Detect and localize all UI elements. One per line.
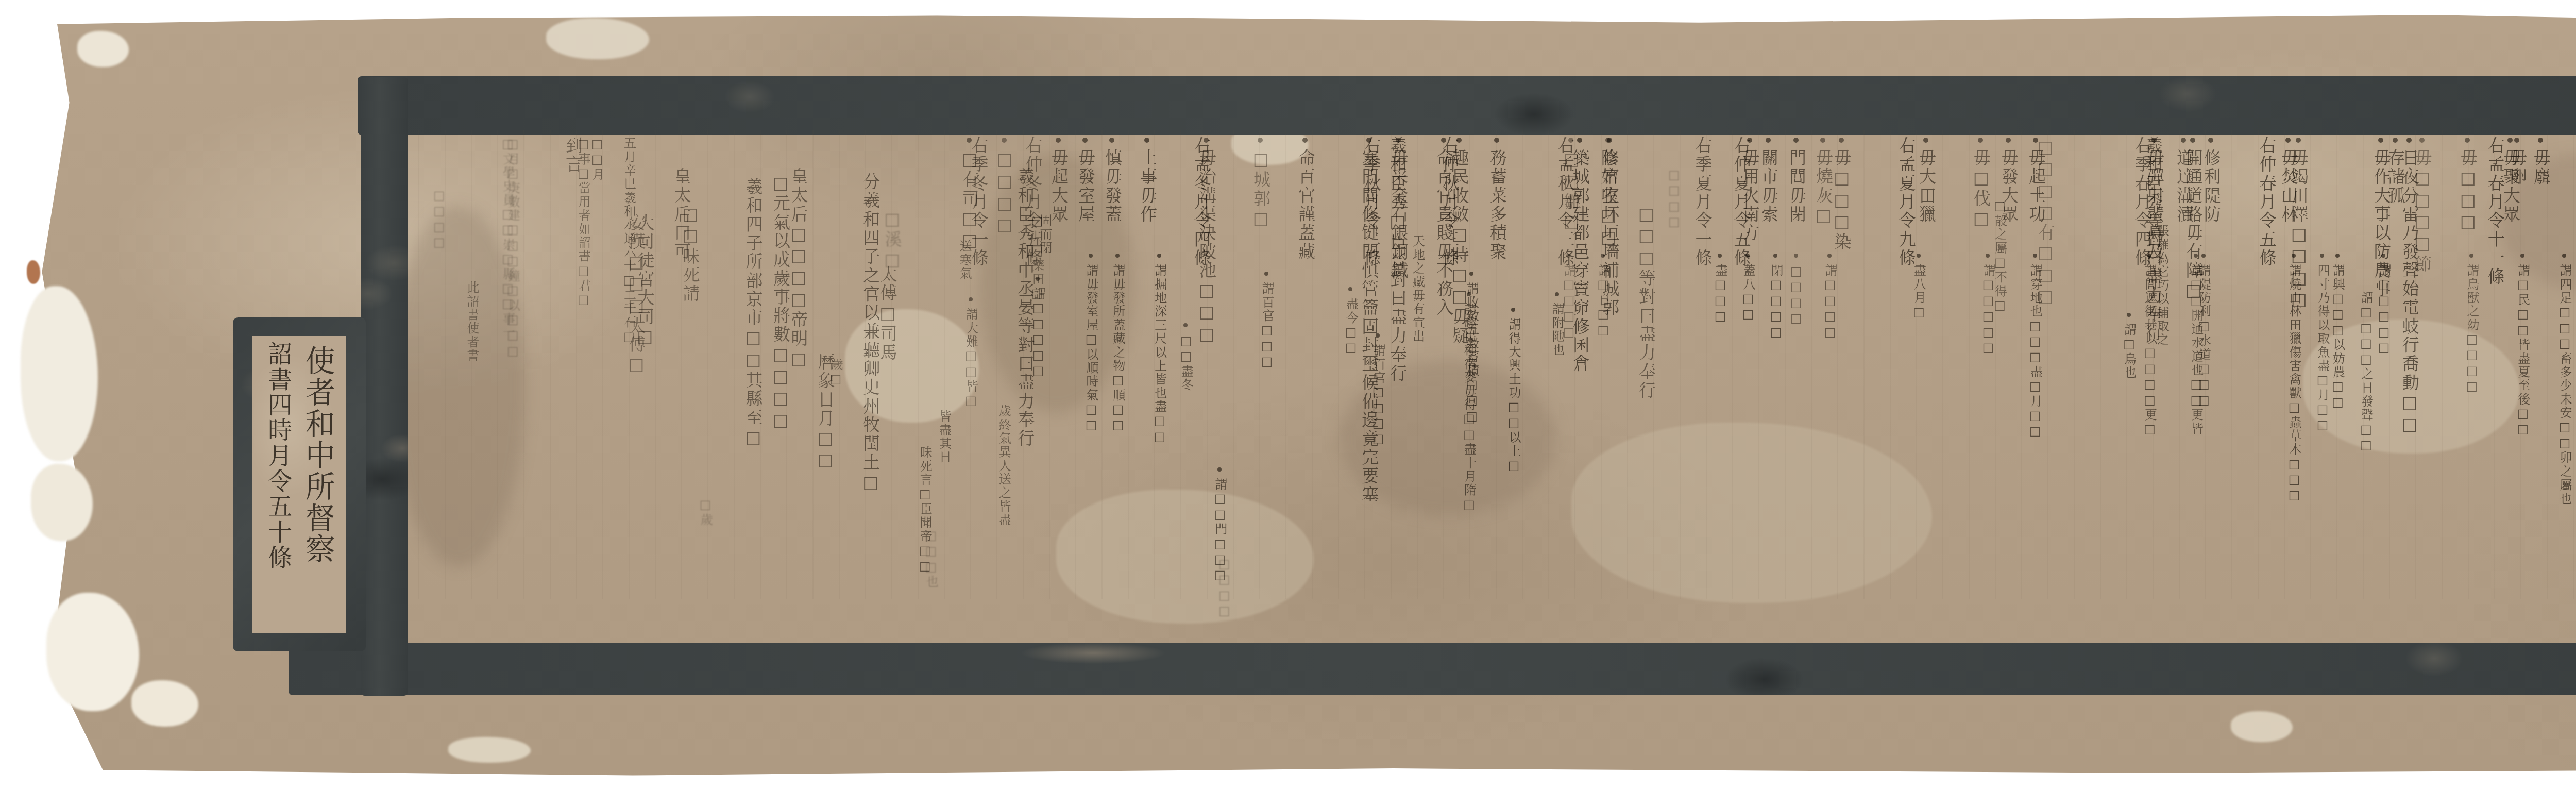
inscription-text: 右孟春月令十一條 xyxy=(2486,137,2504,286)
clause-bullet-icon xyxy=(1827,254,1832,258)
title-cartouche: 使者和中所督察詔書四時月令五十條 xyxy=(233,317,366,651)
inscription-text: 分羲和四子之官以兼聽卿史州牧閏土□ xyxy=(861,173,879,494)
cartouche-title-column: 詔書四時月令五十條 xyxy=(266,341,290,570)
inscription-clause: 謂燒山林田獵傷害禽獸□蟲草木□□□ xyxy=(2255,253,2333,503)
inscription-text: □□□□ xyxy=(1217,557,1230,619)
inscription-text: 右季夏月令一條 xyxy=(1693,137,1711,267)
inscription-text: 毋夭蜚鳥 xyxy=(2573,149,2576,224)
inscription-text: 塞門閭修键閉慎管籥固封璽候備邊竟完要塞 xyxy=(1360,149,1378,505)
cartouche-text: 使者和中所督察詔書四時月令五十條 xyxy=(252,336,346,633)
inscription-segment: 羲和臣秀等對曰盡力奉行 xyxy=(2054,137,2252,342)
inscription-text: 謂燒山林田獵傷害禽獸□蟲草木□□□ xyxy=(2287,264,2300,503)
damage-patch xyxy=(131,680,198,727)
inscription-text: □□□□ xyxy=(432,188,445,251)
inscription-text: 右孟夏月令九條 xyxy=(1896,137,1914,267)
clause-bullet-icon xyxy=(1217,467,1222,472)
inscription-text: 謂□民□□皆盡夏至後□□ xyxy=(2516,264,2529,438)
inscription-clause: 謂□□□□ xyxy=(1817,253,1843,340)
inscription-text: 築城郭建都邑穿竇窌修囷倉 xyxy=(1571,149,1589,374)
clause-bullet-icon xyxy=(2378,138,2383,143)
inscription-text: 謂□□□□ xyxy=(1823,264,1836,340)
inscription-text: □㱿之屬□不得□ xyxy=(1993,198,2006,313)
inscription-text: □□□□ xyxy=(1789,264,1802,327)
inscription-segment: □□□□ xyxy=(1217,557,1230,619)
clause-bullet-icon xyxy=(1978,138,1983,143)
inscription-text: 盡□□□ xyxy=(1714,264,1726,325)
artifact-photograph: 使者和中所督察詔書四時月令五十條 太皇太后詔曰往者陰陽不調風雨不時降農自安□□陽… xyxy=(0,0,2576,789)
clause-bullet-icon xyxy=(1577,138,1582,143)
pigment-spot xyxy=(27,260,40,284)
inscription-text: 閉□□□□ xyxy=(1769,264,1782,340)
inscription-text: 此詔書使者書 xyxy=(465,281,478,362)
inscription-text: □事□當用者如詔書□君□ xyxy=(577,137,589,308)
clause-bullet-icon xyxy=(1366,138,1371,143)
inscription-text: 羲和臣秀等對曰盡力奉行 xyxy=(2144,137,2162,342)
inscription-text: 盡八月□ xyxy=(1912,264,1925,321)
ink-border-left xyxy=(361,77,408,696)
inscription-text: 蓋八□□ xyxy=(1741,264,1754,323)
inscription-segment: □□□□ xyxy=(432,188,445,251)
inscription-text: 毋作大事以防農事 xyxy=(2372,149,2390,298)
damage-patch xyxy=(546,18,649,59)
inscription-segment: □歲 xyxy=(692,497,718,527)
ink-border-bottom xyxy=(289,643,2576,695)
damage-patch xyxy=(2231,711,2293,742)
ink-border-top xyxy=(358,76,2576,135)
cartouche-title-column: 使者和中所督察 xyxy=(303,345,333,565)
inscription-text: 羲和四子所部京市□□其縣至□ xyxy=(743,178,761,449)
damage-patch xyxy=(448,737,531,763)
inscription-text: □歲 xyxy=(699,497,711,527)
inscription-text: 右孟冬月令四條 xyxy=(1192,137,1210,267)
inscription-segment: 此詔書使者書 xyxy=(432,281,511,362)
damage-patch xyxy=(77,31,129,67)
